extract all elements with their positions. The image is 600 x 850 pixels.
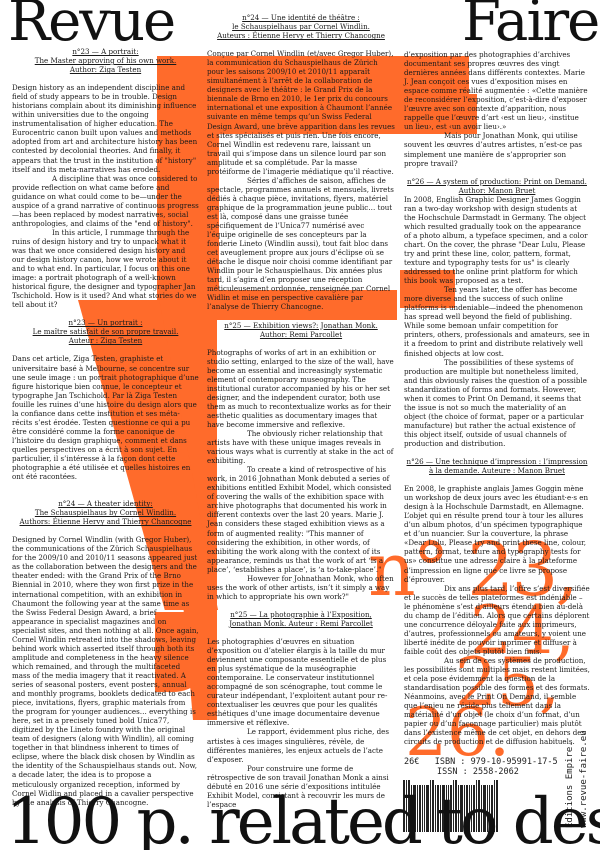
- isbn-value: 979-10-95991-17-5: [471, 757, 558, 767]
- issn-label: ISSN :: [437, 767, 468, 777]
- article-heading-n24-en: n°24 — A theater identity: The Schauspie…: [12, 499, 199, 526]
- column-right: d’exposition par des photographies d’arc…: [404, 50, 590, 746]
- article-paragraph: Le rapport, évidemment plus riche, des a…: [207, 727, 395, 763]
- article-paragraph: To create a kind of retrospective of his…: [207, 465, 395, 574]
- article-heading-n25-fr: n°25 — La photographie à l’Exposition, J…: [207, 610, 395, 628]
- price: 26€: [404, 757, 419, 767]
- column-middle: n°24 — Une identité de théâtre : le Scha…: [207, 13, 395, 809]
- article-heading-n25-en: n°25 — Exhibition views?: Jonathan Monk.…: [207, 321, 395, 339]
- colophon: 26€ ISBN : 979-10-95991-17-5 ISSN : 2558…: [404, 757, 558, 777]
- column-left: n°23 — A portrait: The Master approving …: [12, 47, 199, 807]
- article-paragraph: Ten years later, the offer has become mo…: [404, 285, 590, 357]
- article-paragraph: In this article, I rummage through the r…: [12, 228, 199, 309]
- article-heading-n24-fr: n°24 — Une identité de théâtre : le Scha…: [207, 13, 395, 40]
- masthead-faire: Faire: [462, 0, 598, 50]
- article-paragraph: Photographs of works of art in an exhibi…: [207, 348, 395, 429]
- article-paragraph: Designed by Cornel Windlin (with Gregor …: [12, 535, 199, 806]
- masthead-revue: Revue: [8, 0, 174, 50]
- article-paragraph: A discipline that was once considered to…: [12, 174, 199, 228]
- article-paragraph: Mais pour Jonathan Monk, qui utilise sou…: [404, 131, 590, 167]
- article-paragraph: Design history as an independent discipl…: [12, 83, 199, 173]
- article-paragraph: However for Johnathan Monk, who often us…: [207, 574, 395, 601]
- article-paragraph: Dans cet article, Ziga Testen, graphiste…: [12, 354, 199, 481]
- article-paragraph: En 2008, le graphiste anglais James Gogg…: [404, 484, 590, 584]
- article-paragraph: In 2008, English Graphic Designer James …: [404, 195, 590, 285]
- article-paragraph: Au sein de ces systèmes de production, l…: [404, 656, 590, 746]
- article-paragraph: The obviously richer relationship that a…: [207, 429, 395, 465]
- footer-title: 100 p. related to design: [6, 790, 600, 850]
- article-paragraph: Les photographies d’œuvres en situation …: [207, 637, 395, 727]
- isbn-label: ISBN :: [435, 757, 466, 767]
- article-heading-n26-en: n°26 — A system of production: Print on …: [404, 177, 590, 195]
- article-paragraph: d’exposition par des photographies d’arc…: [404, 50, 590, 131]
- article-paragraph: The possibilities of these systems of pr…: [404, 358, 590, 448]
- article-heading-n23-fr: n°23 — Un portrait : Le maître satisfait…: [12, 318, 199, 345]
- article-paragraph: Séries d’affiches de saison, affiches de…: [207, 176, 395, 312]
- article-heading-n26-fr: n°26 — Une technique d’impression : l’im…: [404, 457, 590, 475]
- article-paragraph: Dix ans plus tard, l’offre s’est diversi…: [404, 584, 590, 656]
- issn-value: 2558-2062: [473, 767, 519, 777]
- article-paragraph: Conçue par Cornel Windlin (et/avec Grego…: [207, 49, 395, 176]
